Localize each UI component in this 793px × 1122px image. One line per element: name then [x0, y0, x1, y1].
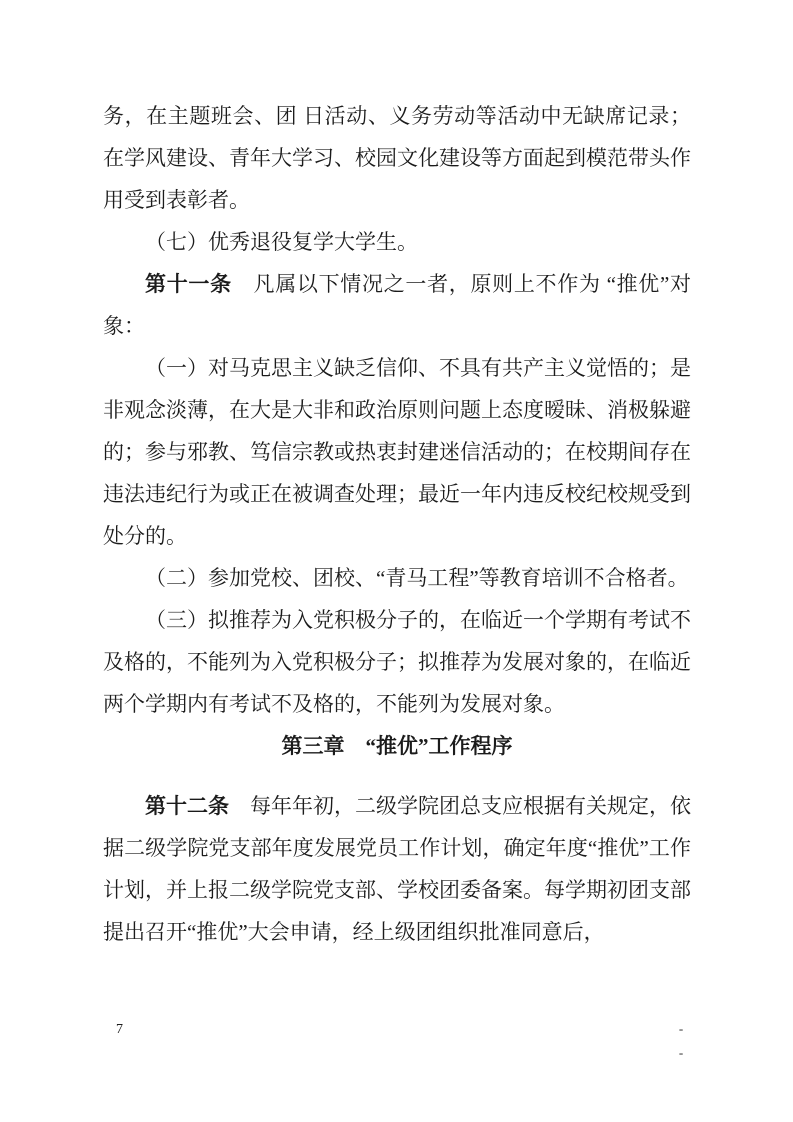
paragraph-continuation: 务，在主题班会、团 日活动、义务劳动等活动中无缺席记录；在学风建设、青年大学习、… — [103, 95, 691, 221]
margin-mark-top: - — [674, 1023, 688, 1035]
article-12-label: 第十二条 — [145, 794, 229, 818]
margin-mark-bottom: - — [674, 1047, 688, 1059]
paragraph-item-three: （三）拟推荐为入党积极分子的，在临近一个学期有考试不及格的，不能列为入党积极分子… — [103, 599, 691, 725]
page-number: 7 — [116, 1020, 123, 1040]
chapter-heading: 第三章 “推优”工作程序 — [103, 725, 691, 767]
paragraph-article-12: 第十二条 每年年初，二级学院团总支应根据有关规定，依据二级学院党支部年度发展党员… — [103, 785, 691, 953]
paragraph-article-11: 第十一条 凡属以下情况之一者，原则上不作为 “推优”对象： — [103, 263, 691, 347]
document-body: 务，在主题班会、团 日活动、义务劳动等活动中无缺席记录；在学风建设、青年大学习、… — [103, 95, 691, 953]
paragraph-item-seven: （七）优秀退役复学大学生。 — [103, 221, 691, 263]
article-11-label: 第十一条 — [145, 272, 232, 296]
paragraph-item-one: （一）对马克思主义缺乏信仰、不具有共产主义觉悟的；是非观念淡薄，在大是大非和政治… — [103, 347, 691, 557]
document-page: 务，在主题班会、团 日活动、义务劳动等活动中无缺席记录；在学风建设、青年大学习、… — [0, 0, 793, 1122]
paragraph-item-two: （二）参加党校、团校、“青马工程”等教育培训不合格者。 — [103, 557, 691, 599]
